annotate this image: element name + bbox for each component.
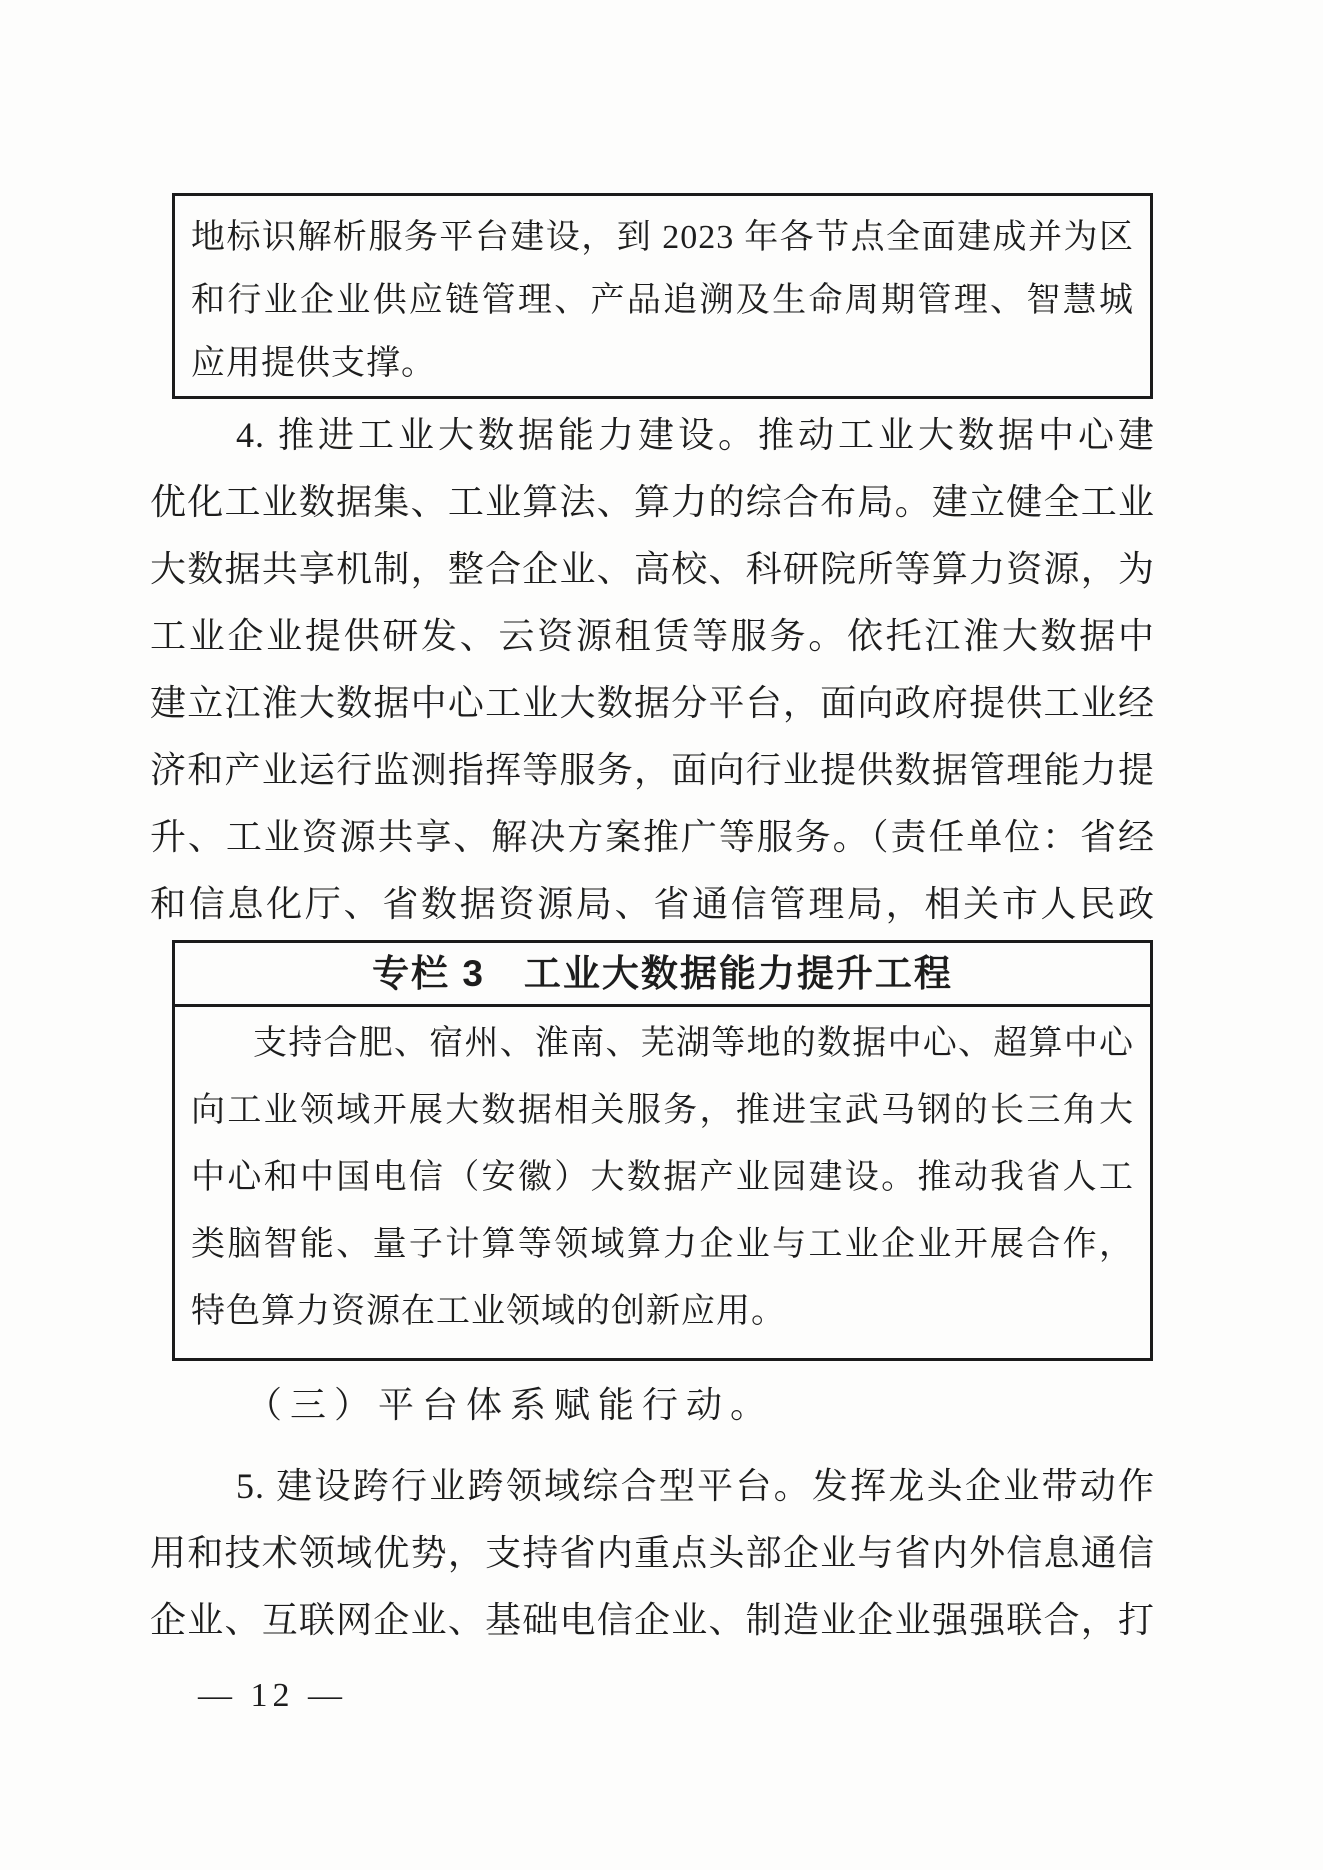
paragraph-line: 优化工业数据集、工业算法、算力的综合布局。建立健全工业 bbox=[150, 469, 1155, 536]
column-box-line: 支持合肥、宿州、淮南、芜湖等地的数据中心、超算中心面 bbox=[191, 1010, 1134, 1077]
column-box-title: 专栏 3 工业大数据能力提升工程 bbox=[175, 943, 1150, 1007]
paragraph-line: 和信息化厅、省数据资源局、省通信管理局，相关市人民政府） bbox=[150, 871, 1155, 938]
body-paragraph-4: 4. 推进工业大数据能力建设。推动工业大数据中心建设， 优化工业数据集、工业算法… bbox=[150, 402, 1155, 938]
paragraph-line: 企业、互联网企业、基础电信企业、制造业企业强强联合，打 bbox=[150, 1587, 1155, 1654]
column-box-body: 支持合肥、宿州、淮南、芜湖等地的数据中心、超算中心面 向工业领域开展大数据相关服… bbox=[175, 1007, 1150, 1345]
paragraph-line: 5. 建设跨行业跨领域综合型平台。发挥龙头企业带动作 bbox=[150, 1453, 1155, 1520]
continuation-line: 应用提供支撑。 bbox=[191, 332, 1134, 395]
paragraph-line: 工业企业提供研发、云资源租赁等服务。依托江淮大数据中心， bbox=[150, 603, 1155, 670]
page-number: — 12 — bbox=[198, 1672, 347, 1720]
paragraph-line: 升、工业资源共享、解决方案推广等服务。（责任单位：省经济 bbox=[150, 804, 1155, 871]
special-column-box: 专栏 3 工业大数据能力提升工程 支持合肥、宿州、淮南、芜湖等地的数据中心、超算… bbox=[172, 940, 1153, 1361]
column-box-line: 类脑智能、量子计算等领域算力企业与工业企业开展合作，实现 bbox=[191, 1211, 1134, 1278]
paragraph-line: 大数据共享机制，整合企业、高校、科研院所等算力资源，为 bbox=[150, 536, 1155, 603]
column-box-line: 向工业领域开展大数据相关服务，推进宝武马钢的长三角大数据 bbox=[191, 1077, 1134, 1144]
continuation-line: 地标识解析服务平台建设，到 2023 年各节点全面建成并为区域 bbox=[191, 206, 1134, 269]
paragraph-line: 用和技术领域优势，支持省内重点头部企业与省内外信息通信 bbox=[150, 1520, 1155, 1587]
paragraph-line: 济和产业运行监测指挥等服务，面向行业提供数据管理能力提 bbox=[150, 737, 1155, 804]
body-paragraph-5: 5. 建设跨行业跨领域综合型平台。发挥龙头企业带动作 用和技术领域优势，支持省内… bbox=[150, 1453, 1155, 1654]
column-box-line: 特色算力资源在工业领域的创新应用。 bbox=[191, 1278, 1134, 1345]
paragraph-line: 建立江淮大数据中心工业大数据分平台，面向政府提供工业经 bbox=[150, 670, 1155, 737]
paragraph-line: 4. 推进工业大数据能力建设。推动工业大数据中心建设， bbox=[150, 402, 1155, 469]
continuation-line: 和行业企业供应链管理、产品追溯及生命周期管理、智慧城市等 bbox=[191, 269, 1134, 332]
continuation-text-box: 地标识解析服务平台建设，到 2023 年各节点全面建成并为区域 和行业企业供应链… bbox=[172, 193, 1153, 399]
column-box-line: 中心和中国电信（安徽）大数据产业园建设。推动我省人工智能、 bbox=[191, 1144, 1134, 1211]
document-page: 地标识解析服务平台建设，到 2023 年各节点全面建成并为区域 和行业企业供应链… bbox=[0, 0, 1323, 1870]
section-heading: （三）平台体系赋能行动。 bbox=[150, 1372, 1155, 1438]
